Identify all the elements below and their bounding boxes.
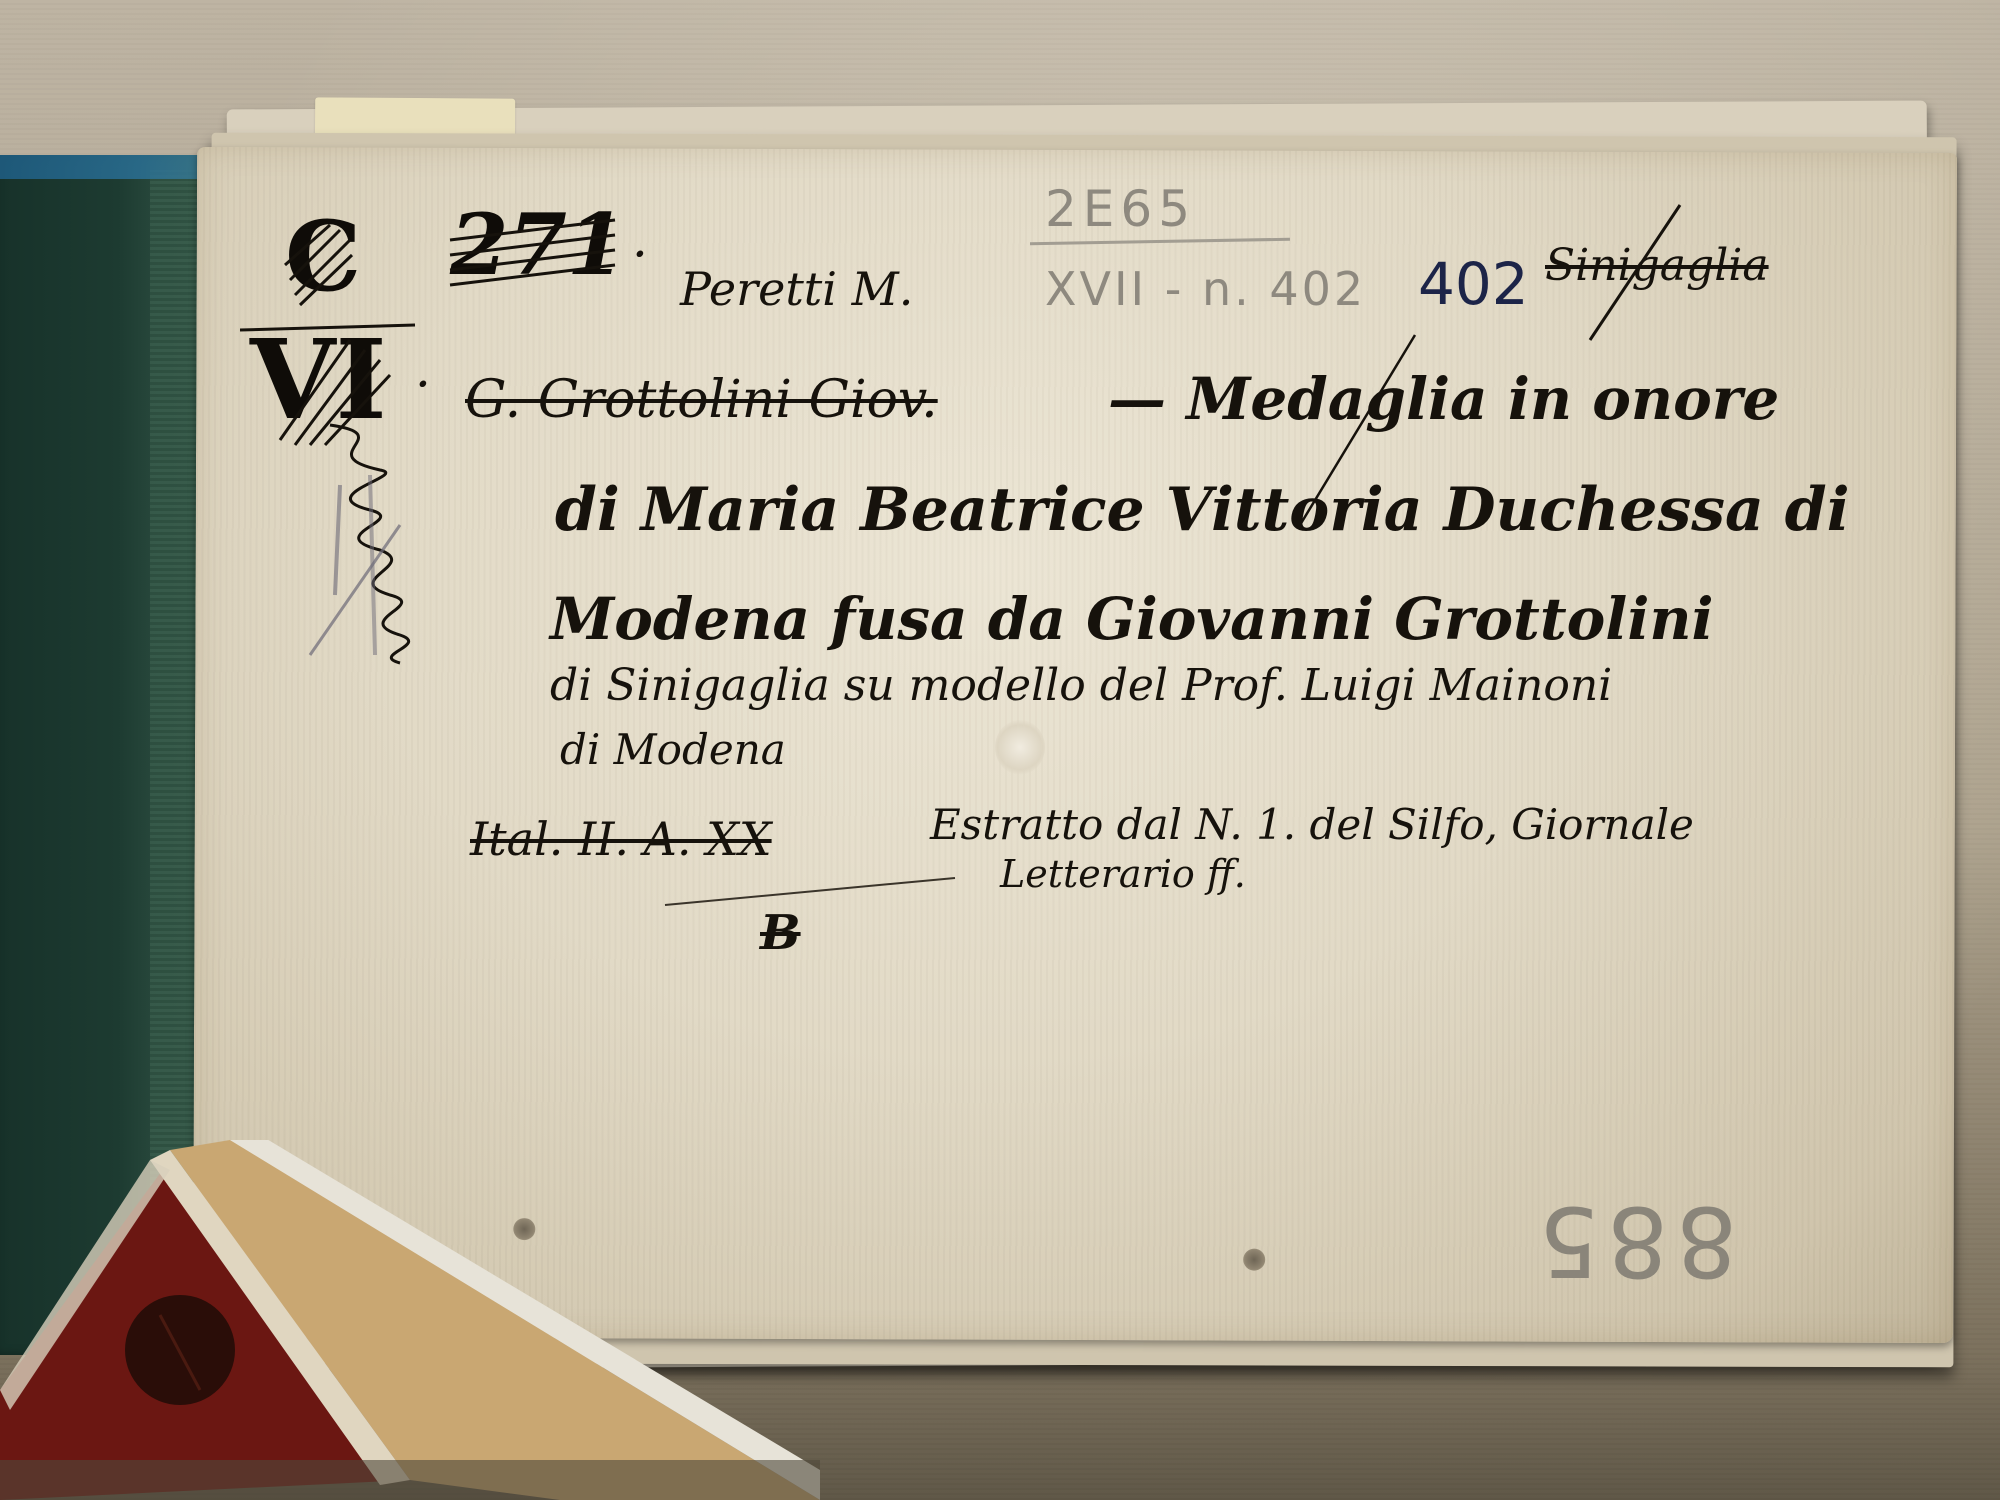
photo-scene: C VI 271 · · 2E65 XV	[0, 0, 2000, 1500]
dot: ·	[415, 355, 431, 413]
margin-scribble	[290, 415, 420, 665]
author-name: Peretti M.	[680, 262, 913, 316]
paper-tear	[995, 720, 1045, 775]
pencil-shelfmark: XVII - n. 402	[1045, 262, 1366, 316]
title-line-4: di Sinigaglia su modello del Prof. Luigi…	[550, 660, 1612, 711]
source-note-line-1: Estratto dal N. 1. del Silfo, Giornale	[930, 800, 1694, 849]
title-line-2: di Maria Beatrice Vittoria Duchessa di	[555, 475, 1850, 545]
hatch-mark-number	[445, 200, 625, 300]
binder-blue-edge	[0, 155, 230, 179]
title-line-3: Modena fusa da Giovanni Grottolini	[550, 585, 1714, 653]
monogram: B	[760, 905, 801, 961]
pencil-page-number: 885	[1530, 1185, 1737, 1297]
punch-hole	[1243, 1249, 1265, 1271]
title-line-1: — Medaglia in onore	[1108, 365, 1779, 433]
title-line-5: di Modena	[560, 725, 786, 774]
red-book-corner	[0, 1140, 820, 1500]
dot: ·	[632, 225, 648, 283]
struck-reference: Ital. II. A. XX	[470, 812, 772, 866]
pencil-shelfmark-top: 2E65	[1045, 180, 1196, 238]
diagonal-strike	[1580, 200, 1730, 345]
struck-author-name: G. Grottolini Giov.	[465, 370, 938, 430]
hatch-mark-c	[280, 220, 360, 310]
reference-underline	[660, 870, 960, 910]
source-note-line-2: Letterario ff.	[1000, 852, 1246, 896]
blue-ink-number: 402	[1418, 250, 1529, 318]
